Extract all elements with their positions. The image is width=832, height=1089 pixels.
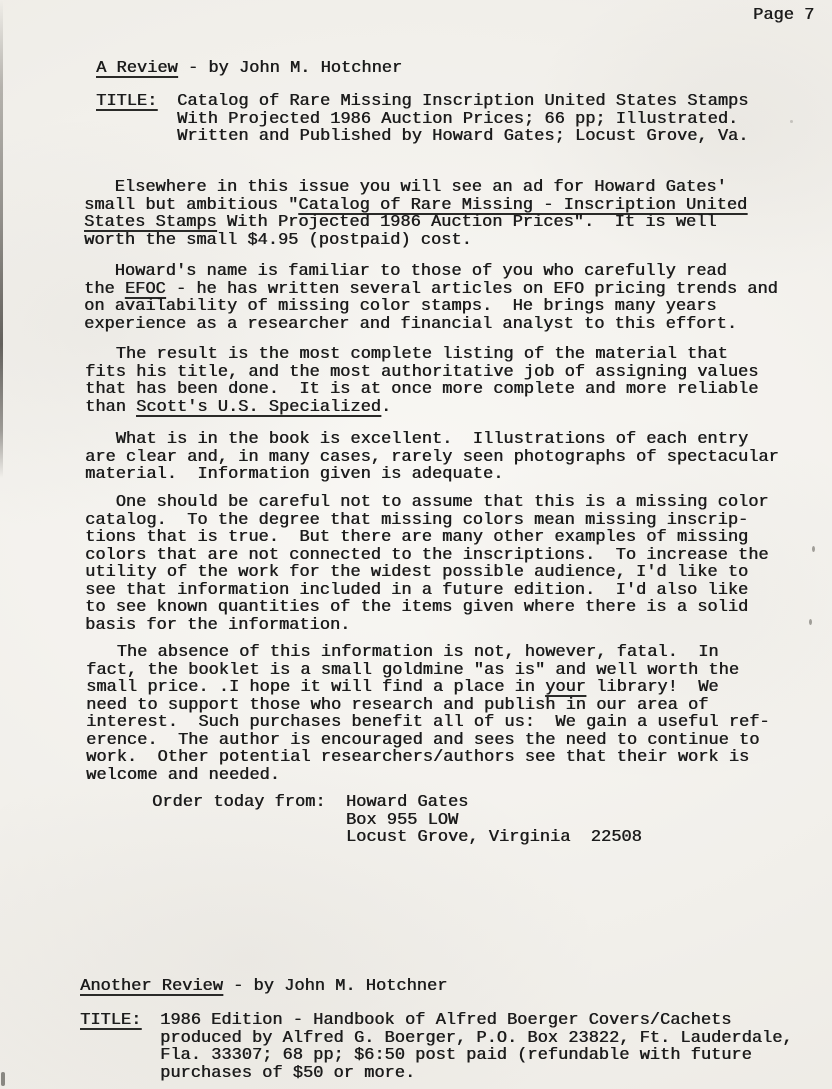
page-number: Page 7 bbox=[753, 7, 814, 25]
review2-title-text: 1986 Edition - Handbook of Alfred Boerge… bbox=[160, 1012, 793, 1082]
scan-speck bbox=[812, 546, 815, 552]
scan-edge-artifact bbox=[0, 0, 3, 478]
review1-paragraph-4: What is in the book is excellent. Illust… bbox=[85, 431, 779, 484]
review1-paragraph-1: Elsewhere in this issue you will see an … bbox=[84, 179, 747, 249]
order-address-block: Order today from: Howard Gates Box 955 L… bbox=[152, 794, 642, 847]
scanned-document-page: Page 7 A Review - by John M. Hotchner TI… bbox=[0, 0, 832, 1089]
review1-title-text: Catalog of Rare Missing Inscription Unit… bbox=[177, 93, 748, 146]
review1-paragraph-6: The absence of this information is not, … bbox=[86, 644, 770, 784]
scan-speck bbox=[809, 619, 812, 625]
review1-paragraph-3: The result is the most complete listing … bbox=[85, 346, 758, 416]
review2-title-label: TITLE: bbox=[80, 1012, 141, 1030]
review1-title-label: TITLE: bbox=[96, 93, 157, 111]
review1-paragraph-5: One should be careful not to assume that… bbox=[85, 494, 769, 634]
scan-speck bbox=[790, 120, 793, 123]
scan-corner-artifact bbox=[1, 1072, 5, 1086]
review1-heading: A Review - by John M. Hotchner bbox=[96, 60, 402, 78]
review1-paragraph-2: Howard's name is familiar to those of yo… bbox=[84, 263, 778, 333]
review2-heading: Another Review - by John M. Hotchner bbox=[80, 978, 447, 996]
